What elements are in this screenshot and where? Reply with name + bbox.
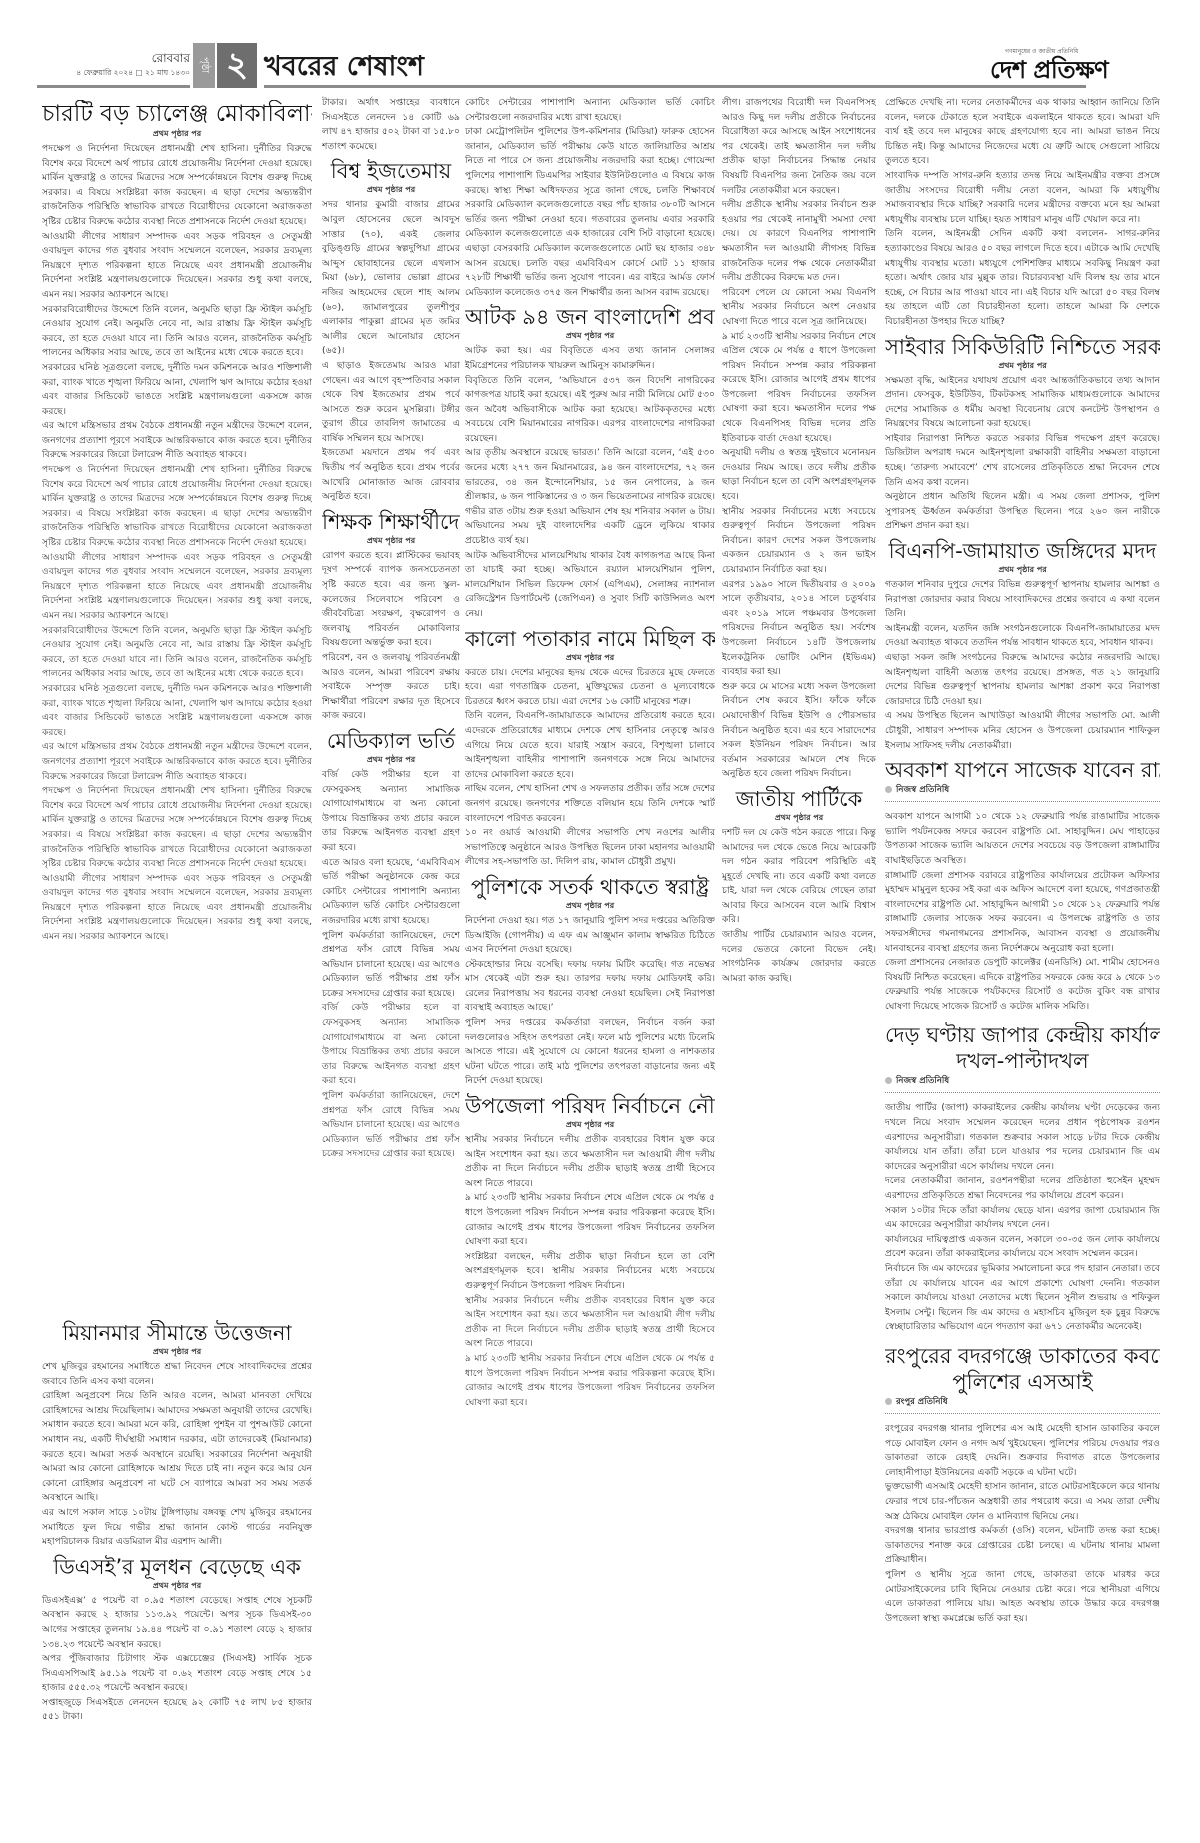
rule-divider	[264, 85, 1086, 88]
article-bnp-jamaat: বিএনপি-জামায়াত জঙ্গিদের মদদ প্রথম পৃষ্ঠ…	[885, 538, 1160, 753]
article-ijtema: বিশ্ব ইজতেমায় প্রথম পৃষ্ঠার পর সদর থানা…	[322, 158, 460, 504]
continued-label: প্রথম পৃষ্ঠার পর	[322, 184, 460, 196]
paragraph: জাতীয় পার্টির (জাপা) কাকরাইলের কেন্দ্রী…	[885, 1101, 1160, 1174]
paragraph: রংপুরের বদরগঞ্জ থানার পুলিশের এস আই মেহে…	[885, 1422, 1160, 1480]
article-cyber: সাইবার সিকিউরিটি নিশ্চিতে সরকার প্রথম পৃ…	[885, 334, 1160, 535]
paragraph: ৯ মার্চ ২৩৩টি স্থানীয় সরকার নির্বাচন শে…	[722, 330, 876, 447]
continued-label: প্রথম পৃষ্ঠার পর	[42, 1580, 312, 1592]
paragraph: স্থানীয় সরকার নির্বাচনে দলীয় প্রতীক ব্…	[465, 1294, 715, 1352]
paragraph: করতে চায়। দেশের মানুষের হৃদয় থেকে এদের…	[465, 666, 715, 710]
paragraph: স্থানীয় সরকার নির্বাচনের মধ্যে সবচেয়ে …	[722, 505, 876, 578]
paragraph: সরকারের ঘনিষ্ঠ সূত্রগুলো বলছে, দুর্নীতি …	[42, 361, 312, 419]
paragraph: পুলিশ কর্মকর্তারা জানিয়েছেন, দেশে প্রশ্…	[322, 1089, 460, 1162]
headline: মিয়ানমার সীমান্তে উত্তেজনা	[42, 1320, 312, 1346]
paragraph: এর আগে মন্ত্রিসভার প্রথম বৈঠকে প্রধানমন্…	[42, 419, 312, 463]
paragraph: আওয়ামী লীগের সাধারণ সম্পাদক এবং সড়ক পর…	[42, 551, 312, 624]
paragraph: আওয়ামী লীগের সাধারণ সম্পাদক এবং সড়ক পর…	[42, 230, 312, 303]
paragraph: পদক্ষেপ ও নির্দেশনা দিয়েছেন প্রধানমন্ত্…	[42, 463, 312, 551]
byline-text: রংপুর প্রতিনিধি	[896, 1397, 948, 1407]
headline: অবকাশ যাপনে সাজেক যাবেন রাষ্ট্রপতি	[885, 757, 1160, 783]
paragraph: এছাড়া সকল জঙ্গি সংগঠনের বিরুদ্ধে আমাদের…	[885, 651, 1160, 709]
weekday: রোববার	[100, 50, 190, 70]
article-jatiya-party: জাতীয় পার্টিকে প্রথম পৃষ্ঠার পর দশটি দল…	[722, 786, 876, 987]
paragraph: সাইবার নিরাপত্তা নিশ্চিত করতে সরকার বিভি…	[885, 432, 1160, 490]
bullet-icon	[885, 1077, 892, 1084]
paragraph: আইনমন্ত্রী বলেন, যতদিন জঙ্গি সংগঠনগুলোকে…	[885, 622, 1160, 651]
article-upazila: উপজেলা পরিষদ নির্বাচনে নৌকা দেবে প্রথম প…	[465, 1093, 715, 1410]
article-migrants: আটক ৯৪ জন বাংলাদেশি প্রবাসী প্রথম পৃষ্ঠা…	[465, 304, 715, 621]
paragraph: পরিবেশ, বন ও জলবায়ু পরিবর্তনমন্ত্রী আরও…	[322, 651, 460, 724]
byline-text: নিজস্ব প্রতিনিধি	[896, 1076, 949, 1086]
paragraph: ঢাকা মেট্রোপলিটন পুলিশের উপ-কমিশনার (মিড…	[465, 125, 715, 300]
headline: রংপুরের বদরগঞ্জে ডাকাতের কবলে	[885, 1343, 1160, 1369]
paragraph: পদক্ষেপ ও নির্দেশনা দিয়েছেন প্রধানমন্ত্…	[42, 142, 312, 230]
paragraph: রোহিঙ্গা অনুপ্রবেশ নিয়ে তিনি আরও বলেন, …	[42, 1389, 312, 1506]
byline: নিজস্ব প্রতিনিধি	[885, 783, 1160, 797]
continued-label: প্রথম পৃষ্ঠার পর	[465, 330, 715, 342]
byline: রংপুর প্রতিনিধি	[885, 1395, 1160, 1409]
headline: উপজেলা পরিষদ নির্বাচনে নৌকা দেবে	[465, 1093, 715, 1119]
headline: সাইবার সিকিউরিটি নিশ্চিতে সরকার	[885, 334, 1160, 360]
headline-line-2: দখল-পাল্টাদখল	[885, 1048, 1160, 1074]
paragraph: রাঙ্গামাটি জেলা প্রশাসক বরাবরে রাষ্ট্রপত…	[885, 869, 1160, 957]
paragraph: জেলা প্রশাসনের নেজারত ডেপুটি কালেক্টর (এ…	[885, 956, 1160, 1014]
article-black-flag: কালো পতাকার নামে মিছিল করে প্রথম পৃষ্ঠার…	[465, 626, 715, 870]
paragraph: এ সময় উপস্থিত ছিলেন আখাউড়া আওয়ামী লীগ…	[885, 709, 1160, 753]
paragraph: সপ্তাহজুড়ে সিএসইতে লেনদেন হয়েছে ৯২ কোট…	[42, 1696, 312, 1725]
paragraph: বিবৃতিতে তিনি বলেন, ‘অভিযানে ৫৩৭ জন বিদে…	[465, 374, 715, 447]
paragraph: বর্জি কেউ পরীক্ষার হলে বা ফেসবুকসহ অন্যা…	[322, 1001, 460, 1089]
newspaper-logo: দেশ প্রতিক্ষণ	[990, 52, 1108, 92]
bullet-icon	[885, 1398, 892, 1405]
paragraph: রোপণ করতে হবে। প্লাস্টিকের ভয়াবহ দূষণ স…	[322, 549, 460, 651]
paragraph: অবকাশ যাপনে আগামী ১০ থেকে ১২ ফেব্রুয়ারি…	[885, 810, 1160, 868]
dotted-divider	[885, 1092, 1160, 1093]
paragraph: আওয়ামী লীগের সাধারণ সম্পাদক এবং সড়ক পর…	[42, 872, 312, 945]
paragraph: আটক করা হয়। এর বিবৃতিতে এসব তথ্য জানান …	[465, 344, 715, 373]
paragraph: পরিবেশ পেলে যে কোনো সময় বিএনপি স্থানীয়…	[722, 286, 876, 330]
continued-label: প্রথম পৃষ্ঠার পর	[465, 1119, 715, 1131]
paragraph: ডিএসইএক্স’ ৫ পয়েন্ট বা ০.৯৫ শতাংশ বেড়ে…	[42, 1594, 312, 1652]
paragraph: এরপর ১৯৯০ সালে দ্বিতীয়বার ও ২০০৯ সালে ত…	[722, 578, 876, 680]
paragraph: ভুক্তভোগী এসআই মেহেদী হাসান জানান, রাতে …	[885, 1480, 1160, 1524]
article-jatiya-party-cont: প্রেক্ষিতে দেখছি না। দলের নেতাকর্মীদের এ…	[885, 96, 1160, 330]
paragraph: অপর পুঁজিবাজার চিটাগাং স্টক এক্সচেঞ্জের …	[42, 1652, 312, 1696]
paragraph: পুলিশ ও স্থানীয় সূত্রে জানা গেছে, ডাকাত…	[885, 1568, 1160, 1626]
paragraph: শেখ মুজিবুর রহমানের সমাধিতে শ্রদ্ধা নিবে…	[42, 1360, 312, 1389]
paragraph: স্থানীয় সরকার নির্বাচনে দলীয় প্রতীক ব্…	[465, 1133, 715, 1191]
article-japa-office: দেড় ঘণ্টায় জাপার কেন্দ্রীয় কার্যালয় …	[885, 1022, 1160, 1335]
continued-label: প্রথম পৃষ্ঠার পর	[885, 360, 1160, 372]
column-4: লীগ। রাজপথের বিরোধী দল বিএনপিসহ আরও কিছু…	[722, 96, 876, 1841]
paragraph: সরকারবিরোধীদের উদ্দেশে তিনি বলেন, অনুমতি…	[42, 303, 312, 361]
paragraph: কোচিং সেন্টারের পাশাপাশি অন্যান্য মেডিক্…	[465, 96, 715, 125]
paragraph: নাছিম বলেন, শেখ হাসিনা শেখ ও সফলতার প্রত…	[465, 782, 715, 826]
paragraph: এ ছাড়াও ইজতেমায় আরও মারা গেছেন। এর আগে…	[322, 359, 460, 447]
column-5: প্রেক্ষিতে দেখছি না। দলের নেতাকর্মীদের এ…	[885, 96, 1160, 1841]
headline: মেডিক্যাল ভর্তি	[322, 728, 460, 754]
continued-label: প্রথম পৃষ্ঠার পর	[465, 652, 715, 664]
paragraph: নির্দেশনা দেওয়া হয়। গত ১৭ জানুয়ারি পু…	[465, 914, 715, 958]
headline: পুলিশকে সতর্ক থাকতে স্বরাষ্ট্র	[465, 874, 715, 900]
paragraph: তিনি বলেন, বিএনপি-জামায়াতকে আমাদের প্রত…	[465, 709, 715, 782]
headline: চারটি বড় চ্যালেঞ্জ মোকাবিলায়	[42, 100, 312, 128]
paragraph: ৯ মার্চ ২৩৩টি স্থানীয় সরকার নির্বাচন শে…	[465, 1191, 715, 1249]
paragraph: জাতীয় পার্টির চেয়ারম্যান আরও বলেন, দলে…	[722, 928, 876, 986]
column-2: টাকার। অর্থাৎ সপ্তাহের ব্যবধানে সিএসইতে …	[322, 96, 460, 1841]
headline: কালো পতাকার নামে মিছিল করে	[465, 626, 715, 652]
article-medical-cont: কোচিং সেন্টারের পাশাপাশি অন্যান্য মেডিক্…	[465, 96, 715, 300]
headline: জাতীয় পার্টিকে	[722, 786, 876, 812]
paragraph: সংশ্লিষ্টরা বলছেন, দলীয় প্রতীক ছাড়া নি…	[465, 1250, 715, 1294]
headline: শিক্ষক শিক্ষার্থীদের	[322, 509, 460, 535]
paragraph: সক্ষমতা বৃদ্ধি, আইনের যথাযথ প্রয়োগ এবং …	[885, 374, 1160, 432]
paragraph: সাংবাদিক দম্পতি সাগর-রুনি হত্যার তদন্ত ন…	[885, 169, 1160, 227]
paragraph: দলীয় প্রতীকে স্থানীয় সরকার নির্বাচন শু…	[722, 198, 876, 286]
column-3: কোচিং সেন্টারের পাশাপাশি অন্যান্য মেডিক্…	[465, 96, 715, 1841]
paragraph: পুলিশ কর্মকর্তারা জানিয়েছেন, দেশে প্রশ্…	[322, 929, 460, 1002]
article-myanmar-wrap: মিয়ানমার সীমান্তে উত্তেজনা প্রথম পৃষ্ঠা…	[42, 1316, 312, 1725]
paragraph: লীগ। রাজপথের বিরোধী দল বিএনপিসহ আরও কিছু…	[722, 96, 876, 198]
paragraph: স্টেকহোল্ডার নিয়ে বসেছি। দফায় দফায় মি…	[465, 958, 715, 1016]
headline: দেড় ঘণ্টায় জাপার কেন্দ্রীয় কার্যালয়	[885, 1022, 1160, 1048]
continued-label: প্রথম পৃষ্ঠার পর	[42, 1346, 312, 1358]
byline-text: নিজস্ব প্রতিনিধি	[896, 785, 949, 795]
paragraph: টাকার। অর্থাৎ সপ্তাহের ব্যবধানে সিএসইতে …	[322, 96, 460, 154]
paragraph: বদরগঞ্জ থানার ভারপ্রাপ্ত কর্মকর্তা (ওসি)…	[885, 1524, 1160, 1568]
paragraph: দলের নেতাকর্মীরা জানান, রওশনপন্থীরা দলের…	[885, 1174, 1160, 1203]
continued-label: প্রথম পৃষ্ঠার পর	[42, 128, 312, 140]
article-myanmar: মিয়ানমার সীমান্তে উত্তেজনা প্রথম পৃষ্ঠা…	[42, 1320, 312, 1550]
article-teachers: শিক্ষক শিক্ষার্থীদের প্রথম পৃষ্ঠার পর রো…	[322, 509, 460, 724]
paragraph: সরকারের ঘনিষ্ঠ সূত্রগুলো বলছে, দুর্নীতি …	[42, 682, 312, 740]
article-challenges: চারটি বড় চ্যালেঞ্জ মোকাবিলায় প্রথম পৃষ…	[42, 100, 312, 945]
column-1: চারটি বড় চ্যালেঞ্জ মোকাবিলায় প্রথম পৃষ…	[42, 96, 312, 1841]
headline: বিএনপি-জামায়াত জঙ্গিদের মদদ	[885, 538, 1160, 564]
paragraph: এতে আরও বলা হয়েছে, ‘এমবিবিএস ভর্তি পরীক…	[322, 856, 460, 929]
paragraph: তিনি বলেন, আইনমন্ত্রী সেদিন একটি কথা বলল…	[885, 227, 1160, 329]
page-number: ২	[217, 43, 257, 88]
dotted-divider	[885, 1413, 1160, 1414]
byline: নিজস্ব প্রতিনিধি	[885, 1074, 1160, 1088]
paragraph: কার্যালয়ের দায়িত্বপ্রাপ্ত একজন বলেন, স…	[885, 1233, 1160, 1262]
paragraph: অনুষ্ঠানে প্রধান অতিথি ছিলেন মন্ত্রী। এ …	[885, 490, 1160, 534]
paragraph: শুরু করে মে মাসের মধ্যে সকল উপজেলা নির্ব…	[722, 680, 876, 782]
paragraph: গতকাল শনিবার দুপুরে দেশের বিভিন্ন গুরুত্…	[885, 578, 1160, 622]
headline: বিশ্ব ইজতেমায়	[322, 158, 460, 184]
article-upazila-cont: লীগ। রাজপথের বিরোধী দল বিএনপিসহ আরও কিছু…	[722, 96, 876, 782]
continued-label: প্রথম পৃষ্ঠার পর	[722, 812, 876, 824]
article-medical: মেডিক্যাল ভর্তি প্রথম পৃষ্ঠার পর বর্জি ক…	[322, 728, 460, 1162]
dotted-divider	[885, 801, 1160, 802]
paragraph: ১০ নং ওয়ার্ড আওয়ামী লীগের সভাপতি শেখ ন…	[465, 826, 715, 870]
paragraph: পদক্ষেপ ও নির্দেশনা দিয়েছেন প্রধানমন্ত্…	[42, 784, 312, 872]
rule-divider	[37, 85, 190, 88]
paragraph: নির্বাচনে জি এম কাদেরের ভূমিকার সমালোচনা…	[885, 1262, 1160, 1335]
article-police-alert: পুলিশকে সতর্ক থাকতে স্বরাষ্ট্র প্রথম পৃষ…	[465, 874, 715, 1089]
paragraph: এর আগে মন্ত্রিসভার প্রথম বৈঠকে প্রধানমন্…	[42, 740, 312, 784]
headline: আটক ৯৪ জন বাংলাদেশি প্রবাসী	[465, 304, 715, 330]
paragraph: আটক অভিবাসীদের মালয়েশিয়ায় থাকার বৈধ ক…	[465, 549, 715, 622]
paragraph: সদর থানার কুমারী বাজার গ্রামের আবুল হোসে…	[322, 198, 460, 359]
continued-label: প্রথম পৃষ্ঠার পর	[322, 535, 460, 547]
paragraph: ৯ মার্চ ২৩৩টি স্থানীয় সরকার নির্বাচন শে…	[465, 1352, 715, 1410]
continued-label: প্রথম পৃষ্ঠার পর	[322, 754, 460, 766]
paragraph: ইজতেমা ময়দানে প্রথম পর্ব এবং দ্বিতীয় প…	[322, 446, 460, 504]
paragraph: সরকারবিরোধীদের উদ্দেশে তিনি বলেন, অনুমতি…	[42, 624, 312, 682]
paragraph: আর তৃতীয় অবস্থানে রয়েছে ভারত।’ তিনি আর…	[465, 446, 715, 548]
paragraph: দশটি দল যে কেউ গঠন করতে পারে। কিন্তু আমা…	[722, 826, 876, 928]
paragraph: প্রেক্ষিতে দেখছি না। দলের নেতাকর্মীদের এ…	[885, 96, 1160, 169]
masthead: রোববার ৪ ফেব্রুয়ারি ২০২৪ □ ২১ মাঘ ১৪৩০ …	[0, 0, 1200, 92]
headline-line-2: পুলিশের এসআই	[885, 1369, 1160, 1395]
article-rangpur: রংপুরের বদরগঞ্জে ডাকাতের কবলে পুলিশের এস…	[885, 1343, 1160, 1626]
paragraph: সকাল ১০টার দিকে তাঁরা কার্যালয় ছেড়ে যা…	[885, 1204, 1160, 1233]
bullet-icon	[885, 786, 892, 793]
continued-label: প্রথম পৃষ্ঠার পর	[885, 564, 1160, 576]
paragraph: বর্জি কেউ পরীক্ষার হলে বা ফেসবুকসহ অন্যা…	[322, 768, 460, 856]
paragraph: এর আগে সকাল সাড়ে ১০টায় টুঙ্গিপাড়ায় ব…	[42, 1506, 312, 1550]
article-dse: ডিএসই’র মূলধন বেড়েছে এক প্রথম পৃষ্ঠার প…	[42, 1554, 312, 1725]
article-president: অবকাশ যাপনে সাজেক যাবেন রাষ্ট্রপতি নিজস্…	[885, 757, 1160, 1014]
page-label: পৃষ্ঠা	[193, 43, 215, 88]
paragraph: পুলিশ সদর দপ্তরের কর্মকর্তারা বলছেন, নির…	[465, 1016, 715, 1089]
paragraph: অনুযায়ী দলীয় ও স্বতন্ত্র দুইভাবে মনোনয…	[722, 446, 876, 504]
headline: ডিএসই’র মূলধন বেড়েছে এক	[42, 1554, 312, 1580]
continued-label: প্রথম পৃষ্ঠার পর	[465, 900, 715, 912]
date-line: ৪ ফেব্রুয়ারি ২০২৪ □ ২১ মাঘ ১৪৩০	[30, 68, 190, 80]
